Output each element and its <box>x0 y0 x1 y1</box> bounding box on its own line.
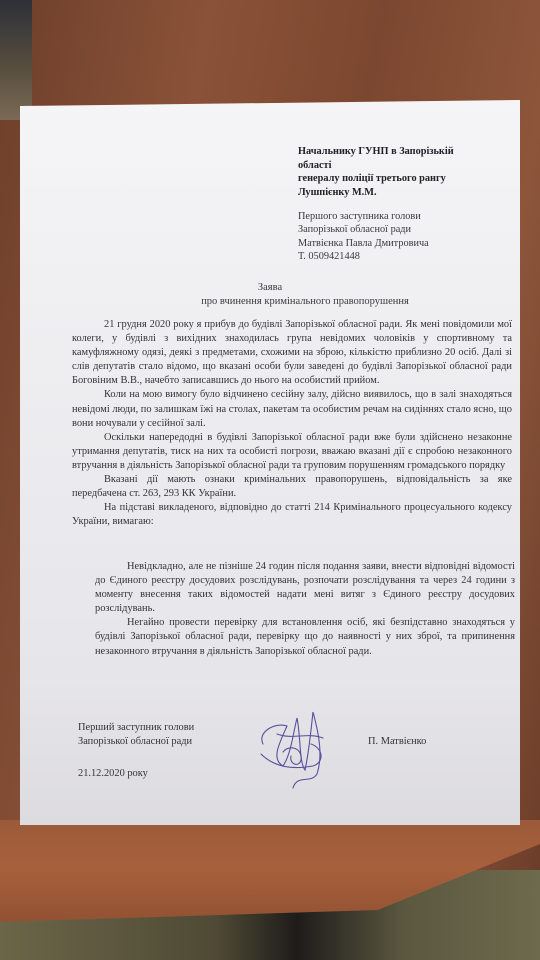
document-title-block: Заява про вчинення кримінального правопо… <box>20 281 520 309</box>
document-body: 21 грудня 2020 року я прибув до будівлі … <box>72 318 512 529</box>
demand-item: Невідкладно, але не пізніше 24 годин піс… <box>95 560 515 616</box>
demands-list: Невідкладно, але не пізніше 24 годин піс… <box>95 560 515 659</box>
document-subtitle: про вчинення кримінального правопорушенн… <box>90 295 520 309</box>
addressee-block: Начальнику ГУНП в Запорізькій області ге… <box>298 145 518 199</box>
addressee-line: Лушпієнку М.М. <box>298 186 518 200</box>
sender-block: Першого заступника голови Запорізької об… <box>298 210 518 263</box>
body-paragraph: Вказані дії мають ознаки кримінальних пр… <box>72 473 512 501</box>
position-line: Перший заступник голови <box>78 721 278 735</box>
position-line: Запорізької обласної ради <box>78 735 278 749</box>
document-title: Заява <box>258 282 282 293</box>
body-paragraph: Оскільки напередодні в будівлі Запорізьк… <box>72 431 512 473</box>
background-object <box>0 0 32 120</box>
signer-name: П. Матвієнко <box>368 736 426 747</box>
sender-line: Матвієнка Павла Дмитровича <box>298 237 518 250</box>
sender-line: Запорізької обласної ради <box>298 223 518 236</box>
addressee-line: області <box>298 159 518 173</box>
sender-phone: Т. 0509421448 <box>298 250 518 263</box>
demand-item: Негайно провести перевірку для встановле… <box>95 616 515 658</box>
body-paragraph: На підставі викладеного, відповідно до с… <box>72 501 512 529</box>
body-paragraph: Коли на мою вимогу було відчинено сесійн… <box>72 388 512 430</box>
document-paper: Начальнику ГУНП в Запорізькій області ге… <box>20 100 520 825</box>
sender-line: Першого заступника голови <box>298 210 518 223</box>
addressee-line: генералу поліції третього рангу <box>298 172 518 186</box>
addressee-line: Начальнику ГУНП в Запорізькій <box>298 145 518 159</box>
signature-date: 21.12.2020 року <box>78 768 148 779</box>
body-paragraph: 21 грудня 2020 року я прибув до будівлі … <box>72 318 512 388</box>
handwritten-signature-icon <box>253 704 333 792</box>
signature-position: Перший заступник голови Запорізької обла… <box>78 721 278 749</box>
